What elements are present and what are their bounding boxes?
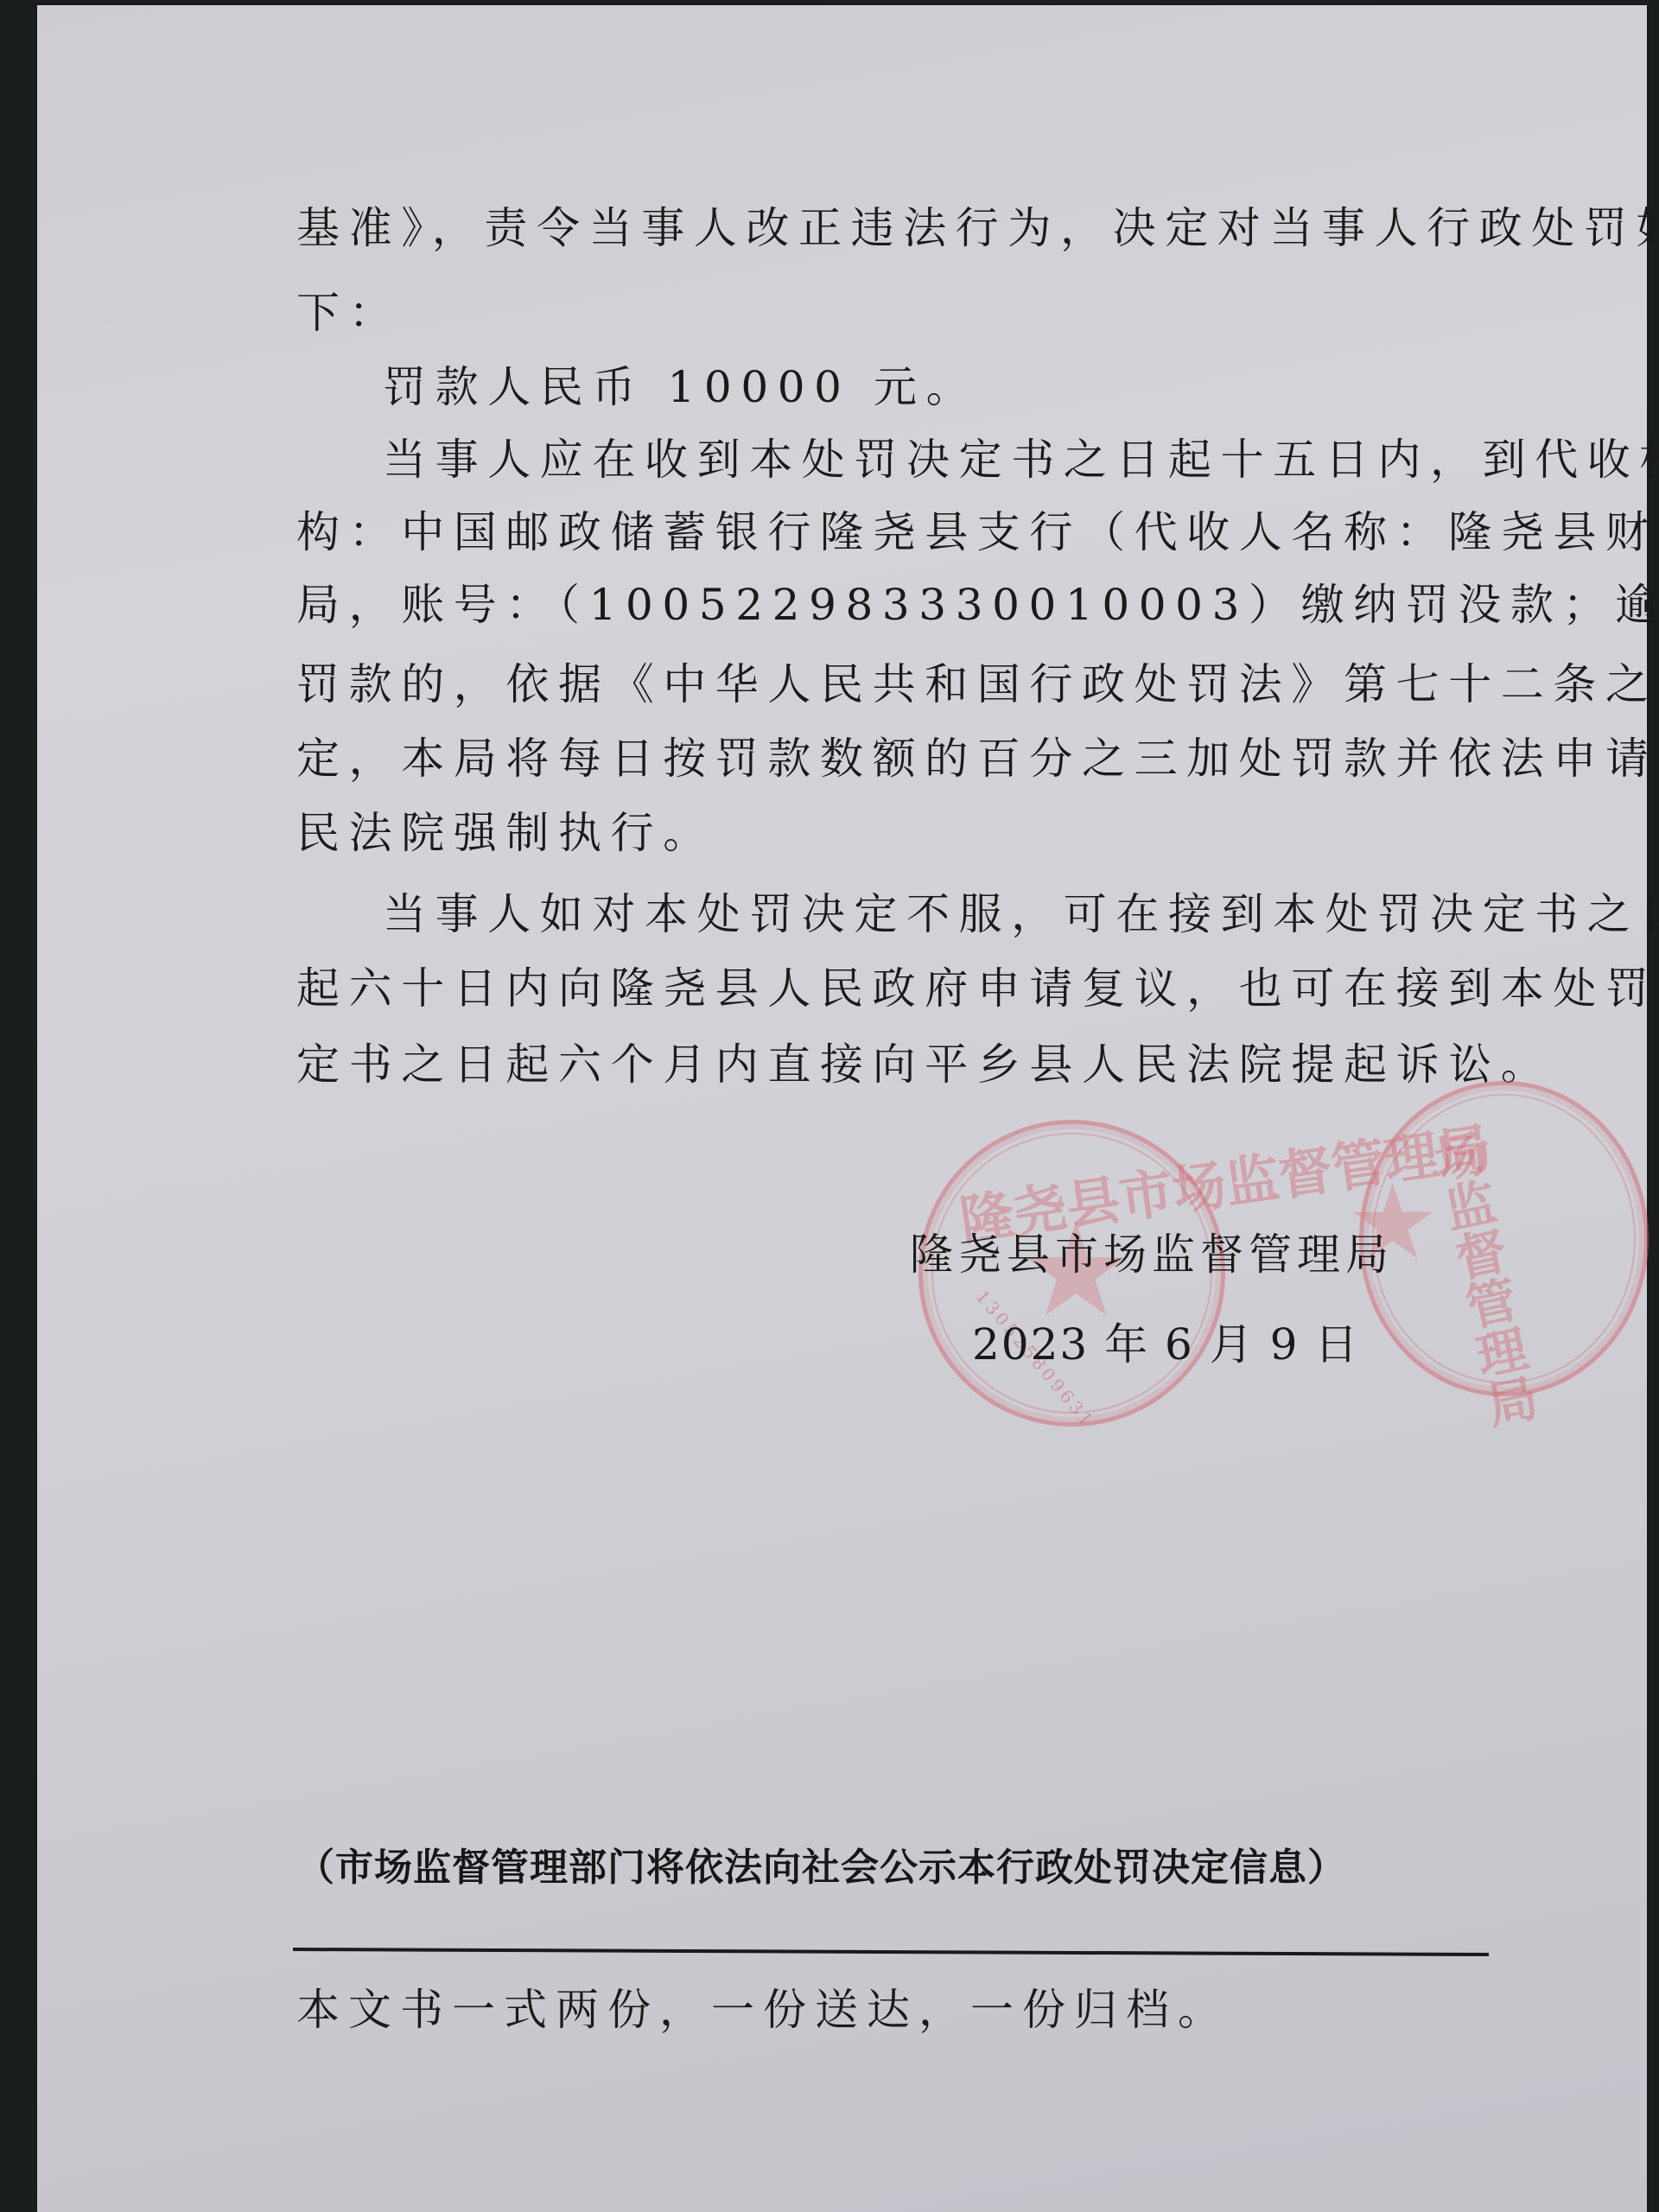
body-line-10: 当事人如对本处罚决定不服，可在接到本处罚决定书之日 [383,888,1659,940]
penalty-amount-line: 罚款人民币 10000 元。 [383,361,978,413]
body-line-1: 基准》，责令当事人改正违法行为，决定对当事人行政处罚如 [296,202,1659,254]
body-line-4: 当事人应在收到本处罚决定书之日起十五日内，到代收机 [383,434,1659,486]
body-line-12: 定书之日起六个月内直接向平乡县人民法院提起诉讼。 [296,1039,1553,1090]
issuer-name: 隆尧县市场监督管理局 [910,1229,1394,1281]
document-page: 基准》，责令当事人改正违法行为，决定对当事人行政处罚如 下： 罚款人民币 100… [37,5,1647,2212]
publicity-notice: （市场监督管理部门将依法向社会公示本行政处罚决定信息） [296,1844,1346,1892]
footer-note: 本文书一式两份，一份送达，一份归档。 [296,1984,1230,2036]
body-line-2: 下： [296,287,401,339]
body-line-8: 定，本局将每日按罚款数额的百分之三加处罚款并依法申请人 [296,733,1659,785]
body-line-9: 民法院强制执行。 [296,807,715,859]
body-line-11: 起六十日内向隆尧县人民政府申请复议，也可在接到本处罚决 [296,963,1659,1014]
partial-seal: ★ 场监督管理局 [1359,1081,1649,1396]
issue-date: 2023 年 6 月 9 日 [972,1319,1359,1370]
body-line-7: 罚款的，依据《中华人民共和国行政处罚法》第七十二条之规 [296,658,1659,710]
account-line: 局，账号：（100522983330010003）缴纳罚没款；逾期不缴纳 [296,579,1659,631]
body-line-5: 构：中国邮政储蓄银行隆尧县支行（代收人名称：隆尧县财政 [296,506,1659,558]
footer-divider [293,1948,1489,1956]
